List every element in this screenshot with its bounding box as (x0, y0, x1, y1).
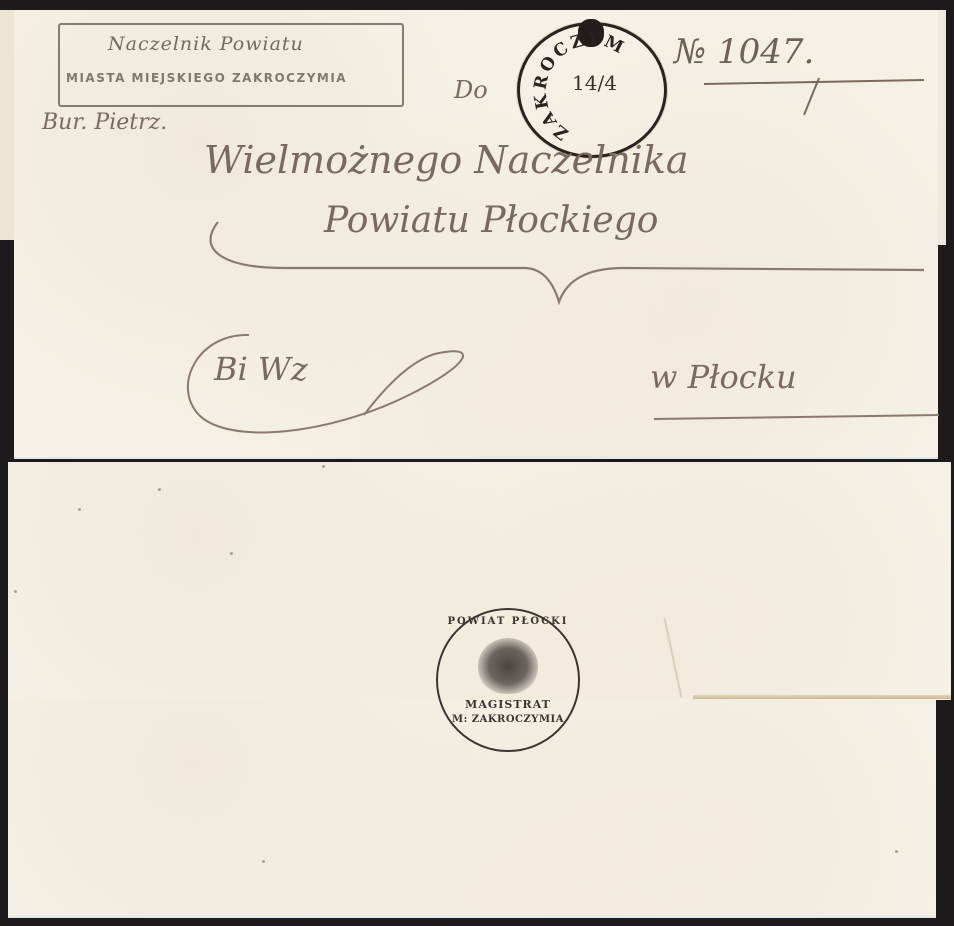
paper-speck (78, 508, 81, 511)
paper-speck (895, 850, 898, 853)
address-line-1: Wielmożnego Naczelnika (204, 138, 689, 182)
official-mark: Bi Wz (214, 350, 308, 388)
paper-speck (322, 465, 325, 468)
paper-speck (158, 488, 161, 491)
registry-underline (704, 70, 934, 130)
salutation-prefix: Do (454, 76, 488, 104)
letter-front: Naczelnik Powiatu MIASTA MIEJSKIEGO ZAKR… (14, 10, 938, 459)
manuscript-note-left: Bur. Pietrz. (42, 110, 167, 135)
eagle-emblem-icon (478, 638, 538, 694)
paper-speck (262, 860, 265, 863)
registry-number: № 1047. (674, 32, 814, 72)
fold-edge (693, 695, 951, 699)
office-cancel-line2: MIASTA MIEJSKIEGO ZAKROCZYMIA (66, 71, 347, 85)
magistrate-seal: POWIAT PŁOCKI MAGISTRAT M: ZAKROCZYMIA (436, 608, 580, 752)
right-flap-edge (938, 10, 946, 245)
destination-underline (654, 405, 944, 435)
seal-bottom-text: M: ZAKROCZYMIA (438, 714, 578, 725)
address-flourish (204, 210, 924, 320)
left-flap-edge (0, 10, 14, 240)
boxed-office-cancel: Naczelnik Powiatu MIASTA MIEJSKIEGO ZAKR… (58, 23, 404, 107)
paper-speck (14, 590, 17, 593)
postmark-date: 14/4 (572, 71, 617, 95)
destination: w Płocku (650, 358, 797, 396)
paper-speck (230, 552, 233, 555)
seal-middle-text: MAGISTRAT (438, 698, 578, 711)
office-cancel-line1: Naczelnik Powiatu (108, 33, 304, 55)
seal-top-text: POWIAT PŁOCKI (438, 616, 578, 627)
